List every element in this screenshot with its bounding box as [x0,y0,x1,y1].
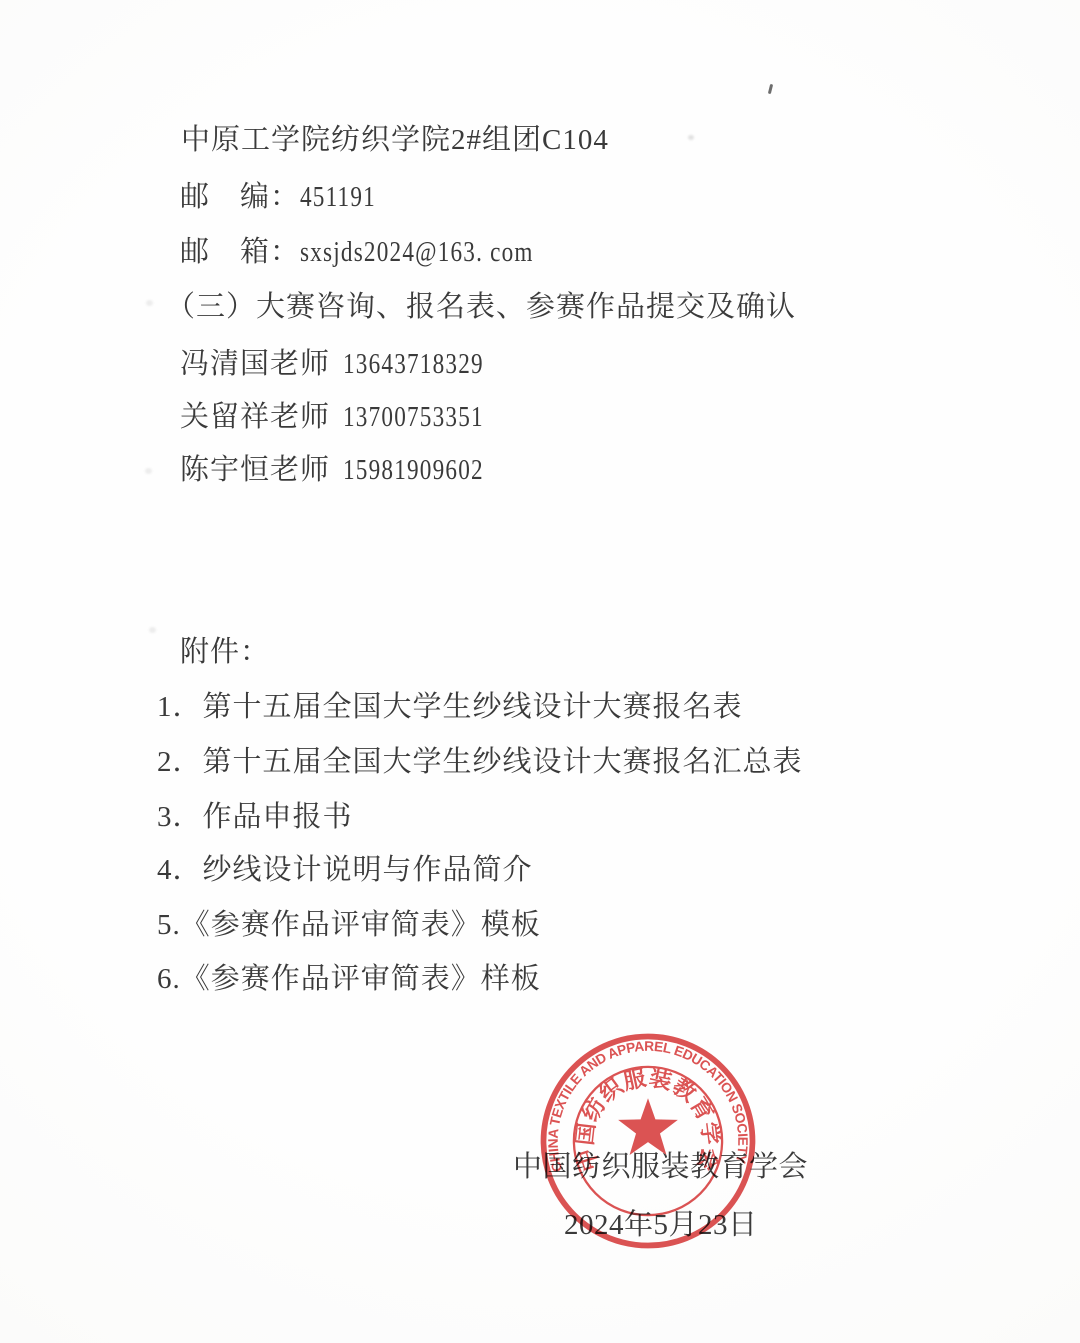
contact-phone: 13643718329 [343,347,484,381]
contact-name: 冯清国老师 [180,348,330,380]
attachments-label: 附件： [180,635,270,669]
scan-noise [688,135,694,140]
contact-phone: 15981909602 [343,453,484,487]
scan-noise [149,627,156,633]
contact-name: 关留祥老师 [180,401,330,433]
email-value: sxsjds2024@163. com [300,235,534,269]
scan-noise [146,300,153,306]
email-label: 邮 箱： [180,236,300,268]
address-line: 中原工学院纺织学院2#组团C104 [181,123,609,157]
star-icon [618,1098,678,1155]
attachment-item: 6.《参赛作品评审简表》样板 [157,962,541,996]
contact-name: 陈宇恒老师 [180,454,330,486]
contact-line: 陈宇恒老师15981909602 [180,453,519,487]
contact-line: 冯清国老师13643718329 [180,347,519,381]
postcode-line: 邮 编：451191 [180,180,395,214]
attachment-item: 2．第十五届全国大学生纱线设计大赛报名汇总表 [157,745,803,779]
postcode-label: 邮 编： [180,181,300,213]
attachment-item: 3．作品申报书 [157,800,353,834]
scan-noise [145,468,152,474]
attachment-item: 1．第十五届全国大学生纱线设计大赛报名表 [157,690,743,724]
document-page: 中原工学院纺织学院2#组团C104 邮 编：451191 邮 箱：sxsjds2… [0,0,1080,1343]
contact-phone: 13700753351 [343,400,484,434]
email-line: 邮 箱：sxsjds2024@163. com [180,235,592,269]
attachment-item: 4．纱线设计说明与作品简介 [157,853,533,887]
scan-noise [768,84,773,94]
contact-line: 关留祥老师13700753351 [180,400,519,434]
official-seal: CHINA TEXTILE AND APPAREL EDUCATION SOCI… [534,1027,762,1255]
attachment-item: 5.《参赛作品评审简表》模板 [157,908,541,942]
section-heading: （三）大赛咨询、报名表、参赛作品提交及确认 [166,290,796,324]
postcode-value: 451191 [300,180,376,214]
